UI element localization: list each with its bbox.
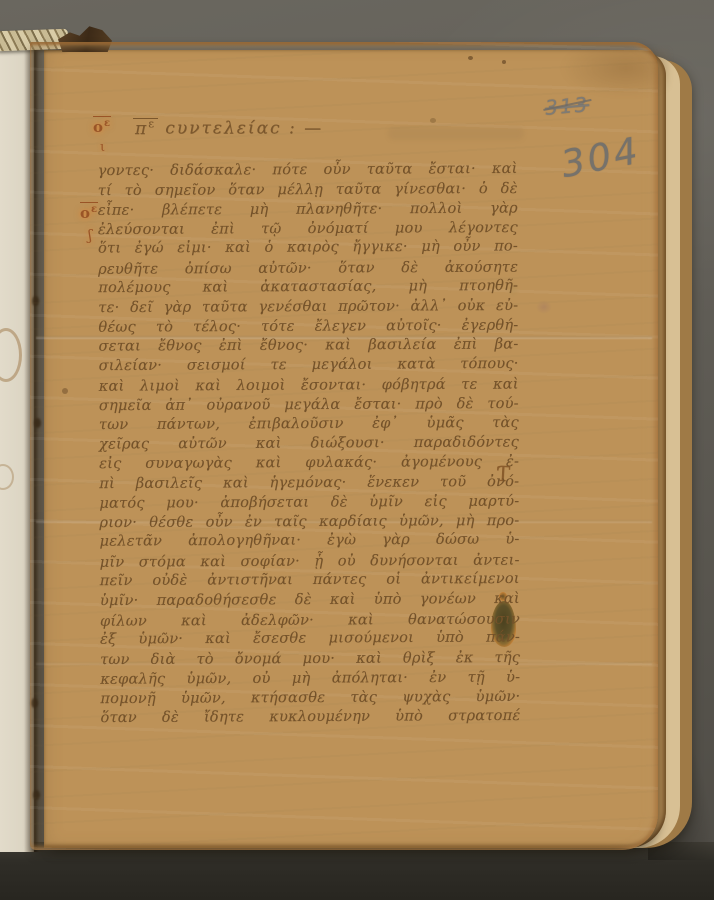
manuscript-text-line: πομονῇ ὑμῶν, κτήσασθε τὰς ψυχὰς ὑμῶν· [100, 687, 520, 709]
manuscript-text-line: πεῖν οὐδὲ ἀντιστῆναι πάντες οἱ ἀντικείμε… [100, 569, 520, 591]
margin-chapter-numeral-header: οε [93, 118, 111, 136]
manuscript-text-line: ἐξ ὑμῶν· καὶ ἔσεσθε μισούμενοι ὑπὸ πάν- [100, 628, 520, 650]
chapter-numeral-flourish: ι [100, 140, 105, 155]
folio-number-crossed-out: 313 [544, 92, 590, 120]
chapter-numeral-tail: ʃ [88, 226, 92, 244]
ring-stain-small [0, 464, 14, 490]
manuscript-text-line: τε· δεῖ γὰρ ταῦτα γενέσθαι πρῶτον· ἀλλ᾽ … [98, 296, 518, 318]
manuscript-text-line: πολέμους καὶ ἀκαταστασίας, μὴ πτοηθῆ- [98, 276, 518, 298]
title-text: ϲυντελείαϲ : — [165, 119, 323, 139]
dirt-speck [502, 60, 506, 64]
manuscript-text-line: σιλείαν· σεισμοί τε μεγάλοι κατὰ τόπους· [99, 354, 519, 376]
manuscript-text-line: πὶ βασιλεῖς καὶ ἡγεμόνας· ἕνεκεν τοῦ ὀνό… [99, 472, 519, 494]
margin-chapter-numeral-text: οε [80, 204, 98, 222]
manuscript-text-line: εἰς συναγωγὰς καὶ φυλακάς· ἀγομένους ἐ- [99, 452, 519, 474]
chapter-numeral-letter: ο [80, 204, 91, 222]
chapter-title: πε ϲυντελείαϲ : — [133, 117, 323, 139]
corner-soiling [560, 48, 670, 98]
title-abbreviation-sup: ε [148, 117, 156, 130]
table-shadow [0, 842, 714, 900]
manuscript-text-line: καὶ λιμοὶ καὶ λοιμοὶ ἔσονται· φόβητρά τε… [99, 375, 519, 397]
dirt-speck [468, 56, 473, 60]
dirt-speck [62, 388, 68, 394]
manuscript-text-line: χεῖρας αὐτῶν καὶ διώξουσι· παραδιδόντες [99, 432, 519, 454]
manuscript-text-line: κεφαλῆς ὑμῶν, οὐ μὴ ἀπόληται· ἐν τῇ ὑ- [100, 668, 520, 690]
manuscript-text-line: μελετᾶν ἀπολογηθῆναι· ἐγὼ γὰρ δώσω ὑ- [99, 530, 519, 552]
chapter-numeral-sup: ε [104, 118, 111, 129]
manuscript-text-line: γοντες· διδάσκαλε· πότε οὖν ταῦτα ἔσται·… [98, 159, 518, 181]
faint-purple-stain [536, 300, 552, 314]
manuscript-text-line: ρευθῆτε ὀπίσω αὐτῶν· ὅταν δὲ ἀκούσητε [98, 257, 518, 279]
manuscript-text-line: ματός μου· ἀποβήσεται δὲ ὑμῖν εἰς μαρτύ- [99, 492, 519, 514]
manuscript-text-line: τί τὸ σημεῖον ὅταν μέλλῃ ταῦτα γίνεσθαι·… [98, 178, 518, 200]
manuscript-text-line: ὅταν δὲ ἴδητε κυκλουμένην ὑπὸ στρατοπέ [100, 706, 520, 728]
manuscript-text-line: των διὰ τὸ ὄνομά μου· καὶ θρὶξ ἐκ τῆς [100, 648, 520, 670]
manuscript-text-line: μῖν στόμα καὶ σοφίαν· ᾗ οὐ δυνήσονται ἀν… [100, 550, 520, 572]
manuscript-text-line: ὅτι ἐγώ εἰμι· καὶ ὁ καιρὸς ἤγγικε· μὴ οὖ… [98, 237, 518, 259]
manuscript-text-line: ὑμῖν· παραδοθήσεσθε δὲ καὶ ὑπὸ γονέων κα… [100, 589, 520, 611]
manuscript-text-block: γοντες· διδάσκαλε· πότε οὖν ταῦτα ἔσται·… [98, 159, 521, 728]
chapter-numeral-letter: ο [93, 118, 104, 136]
title-abbreviation: π [135, 119, 148, 139]
manuscript-text-line: σεται ἔθνος ἐπὶ ἔθνος· καὶ βασιλεία ἐπὶ … [98, 334, 518, 356]
ring-stain [0, 328, 22, 382]
ink-showthrough-band [388, 127, 524, 140]
manuscript-text-line: σημεῖα ἀπ᾽ οὐρανοῦ μεγάλα ἔσται· πρὸ δὲ … [99, 393, 519, 415]
dirt-speck [430, 118, 436, 123]
manuscript-text-line: εἶπε· βλέπετε μὴ πλανηθῆτε· πολλοὶ γὰρ [98, 199, 518, 221]
